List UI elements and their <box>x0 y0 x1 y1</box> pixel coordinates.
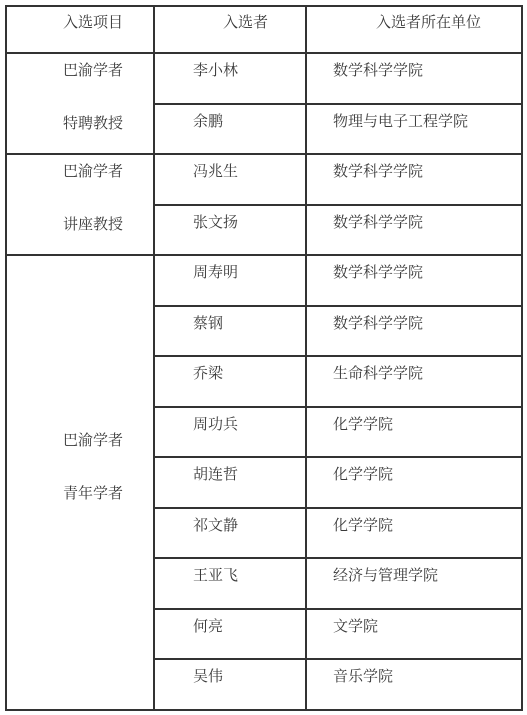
person-name-cell: 李小林 <box>154 53 306 104</box>
project-line: 特聘教授 <box>63 115 153 131</box>
person-name-cell: 王亚飞 <box>154 558 306 609</box>
table-row: 巴渝学者 讲座教授 冯兆生 数学科学学院 <box>6 154 522 205</box>
unit-cell: 数学科学学院 <box>306 53 522 104</box>
person-name-cell: 吴伟 <box>154 659 306 710</box>
project-group-cell: 巴渝学者 特聘教授 <box>6 53 154 154</box>
project-line: 巴渝学者 <box>63 163 153 179</box>
unit-cell: 化学学院 <box>306 457 522 508</box>
header-cell-unit: 入选者所在单位 <box>306 6 522 53</box>
person-name-cell: 乔梁 <box>154 356 306 407</box>
header-cell-project: 入选项目 <box>6 6 154 53</box>
page: 入选项目 入选者 入选者所在单位 巴渝学者 特聘教授 李小林 数学科学学院 余鹏… <box>0 0 527 715</box>
unit-cell: 物理与电子工程学院 <box>306 104 522 155</box>
unit-cell: 数学科学学院 <box>306 306 522 357</box>
table-row: 巴渝学者 青年学者 周寿明 数学科学学院 <box>6 255 522 306</box>
person-name-cell: 周寿明 <box>154 255 306 306</box>
person-name-cell: 胡连哲 <box>154 457 306 508</box>
unit-cell: 数学科学学院 <box>306 255 522 306</box>
person-name-cell: 张文扬 <box>154 205 306 256</box>
project-group-cell: 巴渝学者 青年学者 <box>6 255 154 710</box>
project-line: 巴渝学者 <box>63 62 153 78</box>
project-group-cell: 巴渝学者 讲座教授 <box>6 154 154 255</box>
person-name-cell: 冯兆生 <box>154 154 306 205</box>
unit-cell: 音乐学院 <box>306 659 522 710</box>
person-name-cell: 蔡钢 <box>154 306 306 357</box>
unit-cell: 化学学院 <box>306 407 522 458</box>
person-name-cell: 祁文静 <box>154 508 306 559</box>
scholars-table: 入选项目 入选者 入选者所在单位 巴渝学者 特聘教授 李小林 数学科学学院 余鹏… <box>5 5 523 711</box>
unit-cell: 数学科学学院 <box>306 205 522 256</box>
unit-cell: 文学院 <box>306 609 522 660</box>
unit-cell: 经济与管理学院 <box>306 558 522 609</box>
project-line: 青年学者 <box>63 485 153 501</box>
table-row: 巴渝学者 特聘教授 李小林 数学科学学院 <box>6 53 522 104</box>
header-cell-person: 入选者 <box>154 6 306 53</box>
header-row: 入选项目 入选者 入选者所在单位 <box>6 6 522 53</box>
person-name-cell: 何亮 <box>154 609 306 660</box>
unit-cell: 数学科学学院 <box>306 154 522 205</box>
project-line: 巴渝学者 <box>63 432 153 448</box>
project-line: 讲座教授 <box>63 216 153 232</box>
unit-cell: 生命科学学院 <box>306 356 522 407</box>
person-name-cell: 余鹏 <box>154 104 306 155</box>
unit-cell: 化学学院 <box>306 508 522 559</box>
person-name-cell: 周功兵 <box>154 407 306 458</box>
